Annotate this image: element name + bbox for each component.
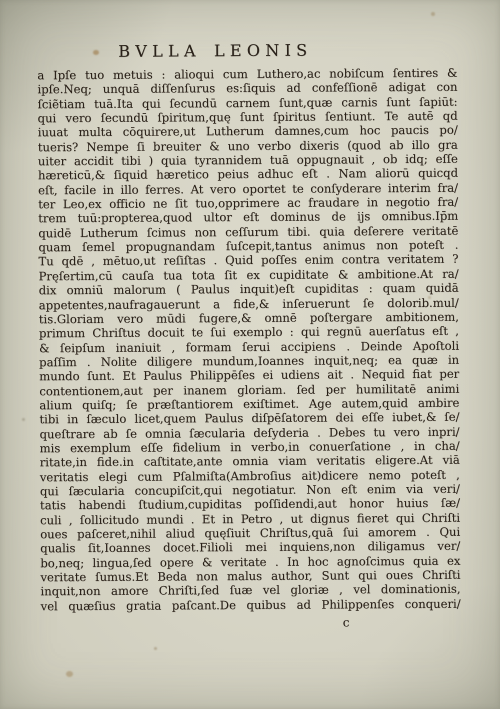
scanned-page: BVLLA LEONIS a Ipſe tuo metuis : alioqui… bbox=[0, 0, 500, 709]
page-content: BVLLA LEONIS a Ipſe tuo metuis : alioqui… bbox=[0, 0, 500, 709]
body-text: a Ipſe tuo metuis : alioqui cum Luthero,… bbox=[37, 66, 460, 614]
text-line-38: vel quæſius gratia paſcant.De quibus ad … bbox=[41, 596, 461, 613]
signature-mark: c bbox=[343, 615, 350, 629]
running-head-title: BVLLA LEONIS bbox=[118, 41, 312, 61]
